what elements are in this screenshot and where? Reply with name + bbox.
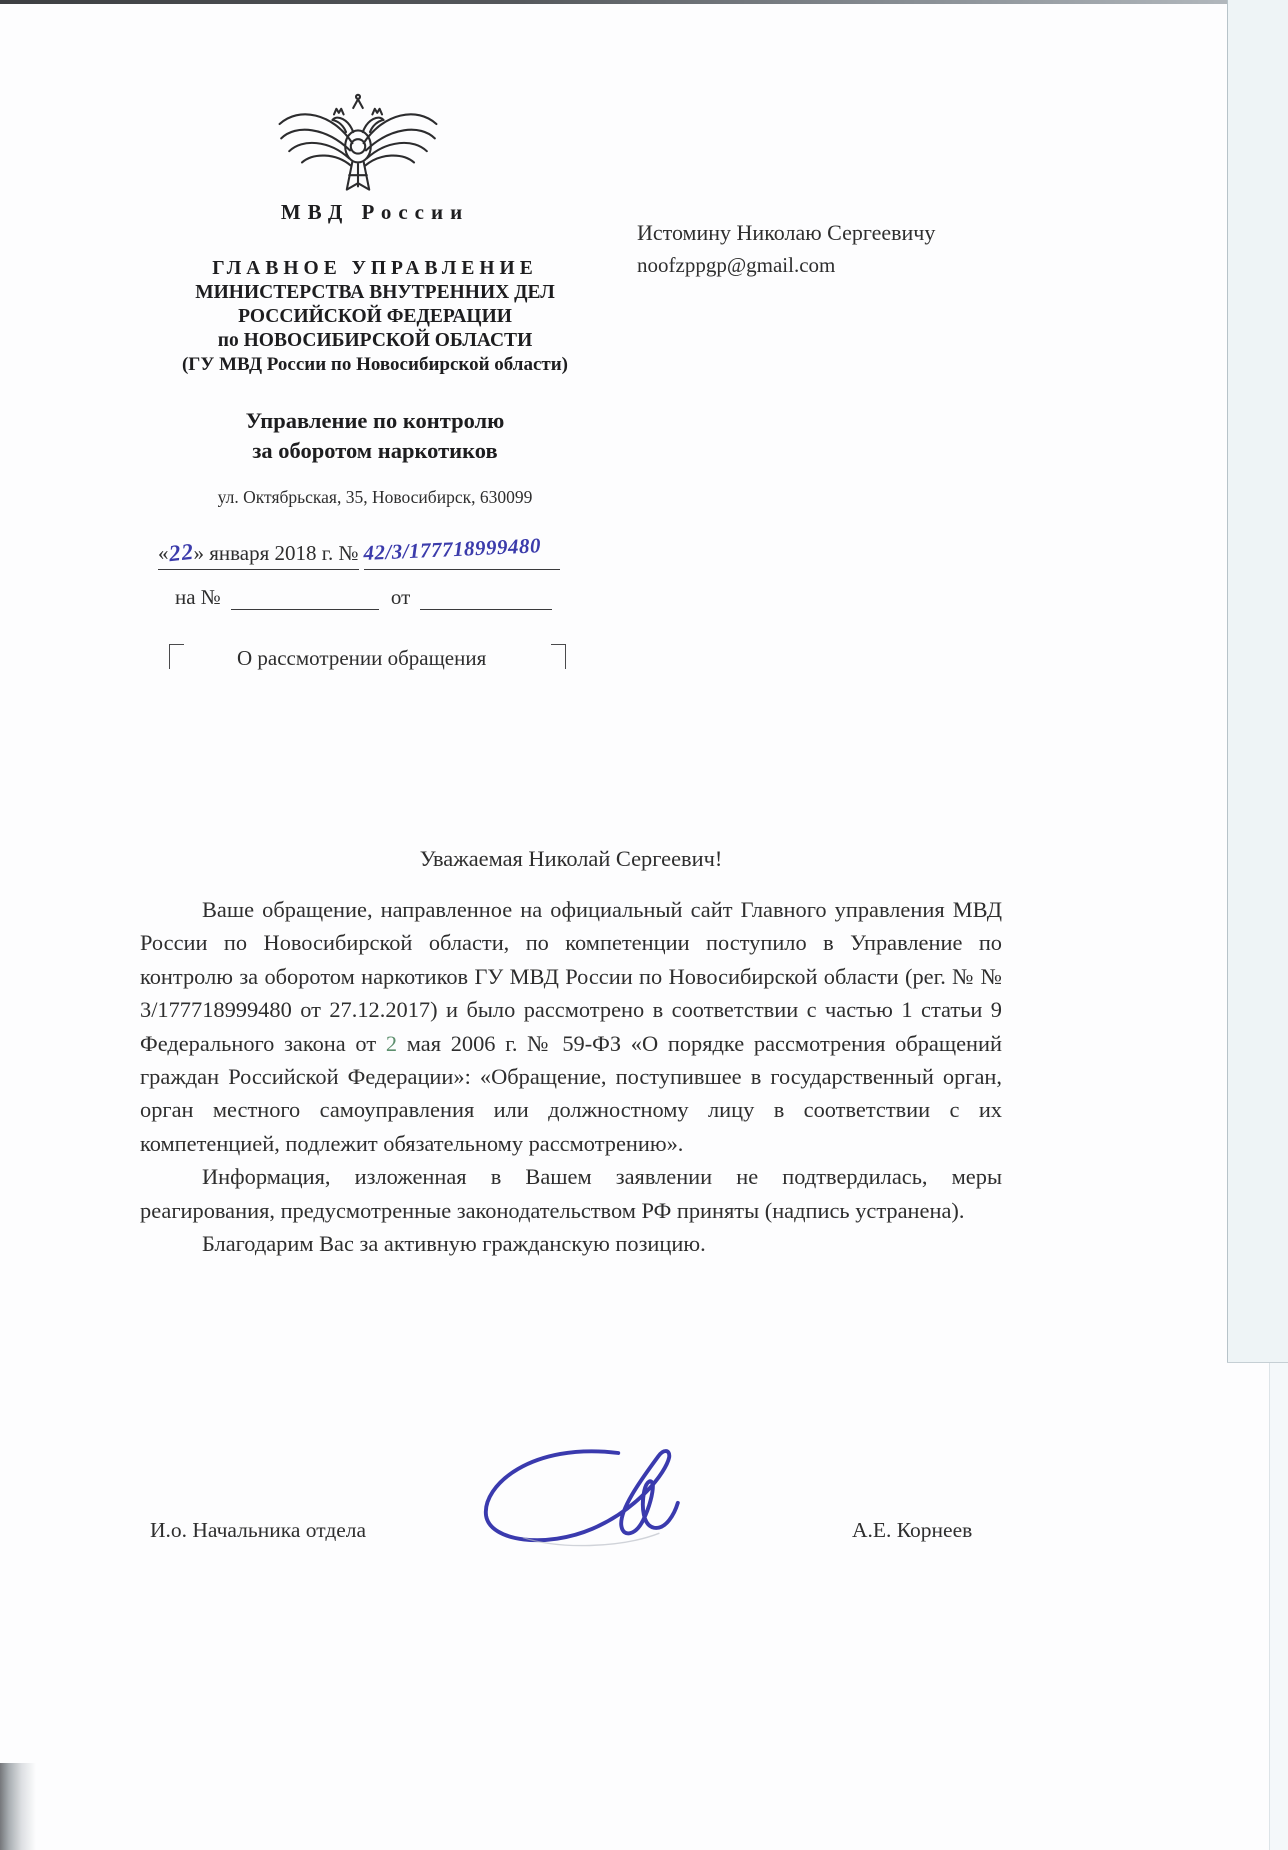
- body-paragraph-2: Информация, изложенная в Вашем заявлении…: [140, 1160, 1002, 1227]
- date-segment: «22» января 2018 г. №: [158, 540, 359, 570]
- paragraph-1-tinted-digit: 2: [386, 1031, 397, 1056]
- letterhead-line-5: (ГУ МВД России по Новосибирской области): [118, 353, 632, 378]
- division-name-line-1: Управление по контролю: [140, 408, 610, 434]
- scan-top-edge: [0, 0, 1288, 4]
- subject-line: О рассмотрении обращения: [237, 646, 486, 671]
- scan-right-lower-line: [1269, 1363, 1270, 1850]
- letter-body: Ваше обращение, направленное на официаль…: [140, 893, 1002, 1260]
- subject-corner-mark-right: [551, 644, 566, 669]
- subject-corner-mark-left: [169, 644, 184, 669]
- date-and-number-line: «22» января 2018 г. №42/3/177718999480: [158, 540, 560, 570]
- signer-title: И.о. Начальника отдела: [150, 1518, 366, 1543]
- scan-right-page-edge: [1227, 0, 1288, 1362]
- signer-name: А.Е. Корнеев: [852, 1518, 972, 1543]
- reply-number-blank: [231, 587, 379, 610]
- reply-date-blank: [420, 587, 552, 610]
- recipient-name: Истомину Николаю Сергеевичу: [637, 220, 935, 246]
- handwritten-day: 22: [167, 539, 195, 567]
- date-printed-rest: » января 2018 г. №: [194, 541, 359, 565]
- scan-bottom-left-shadow: [0, 1763, 36, 1850]
- handwritten-outgoing-number: 42/3/177718999480: [362, 533, 541, 566]
- recipient-email: noofzppgp@gmail.com: [637, 253, 835, 278]
- handwritten-signature: [452, 1440, 752, 1570]
- body-paragraph-1: Ваше обращение, направленное на официаль…: [140, 893, 1002, 1160]
- mvd-eagle-emblem-icon: [268, 92, 448, 212]
- open-quote: «: [158, 541, 169, 565]
- body-paragraph-3: Благодарим Вас за активную гражданскую п…: [140, 1227, 1002, 1260]
- scan-right-lower-tint: [1270, 1363, 1288, 1850]
- reply-from-label: от: [391, 585, 410, 609]
- letterhead-line-2: МИНИСТЕРСТВА ВНУТРЕННИХ ДЕЛ: [118, 281, 632, 306]
- division-name-line-2: за оборотом наркотиков: [140, 438, 610, 464]
- letterhead-address: ул. Октябрьская, 35, Новосибирск, 630099: [140, 487, 610, 508]
- reply-reference-line: на №от: [175, 585, 552, 610]
- scanned-letter-page: МВД России ГЛАВНОЕ УПРАВЛЕНИЕ МИНИСТЕРСТ…: [0, 0, 1288, 1850]
- outgoing-number-segment: 42/3/177718999480: [364, 541, 560, 570]
- letterhead-line-1: ГЛАВНОЕ УПРАВЛЕНИЕ: [118, 257, 632, 282]
- agency-name: МВД России: [140, 200, 610, 225]
- reply-on-label: на №: [175, 585, 221, 609]
- letterhead-line-4: по НОВОСИБИРСКОЙ ОБЛАСТИ: [118, 329, 632, 354]
- salutation: Уважаемая Николай Сергеевич!: [140, 846, 1002, 872]
- letterhead-line-3: РОССИЙСКОЙ ФЕДЕРАЦИИ: [118, 305, 632, 330]
